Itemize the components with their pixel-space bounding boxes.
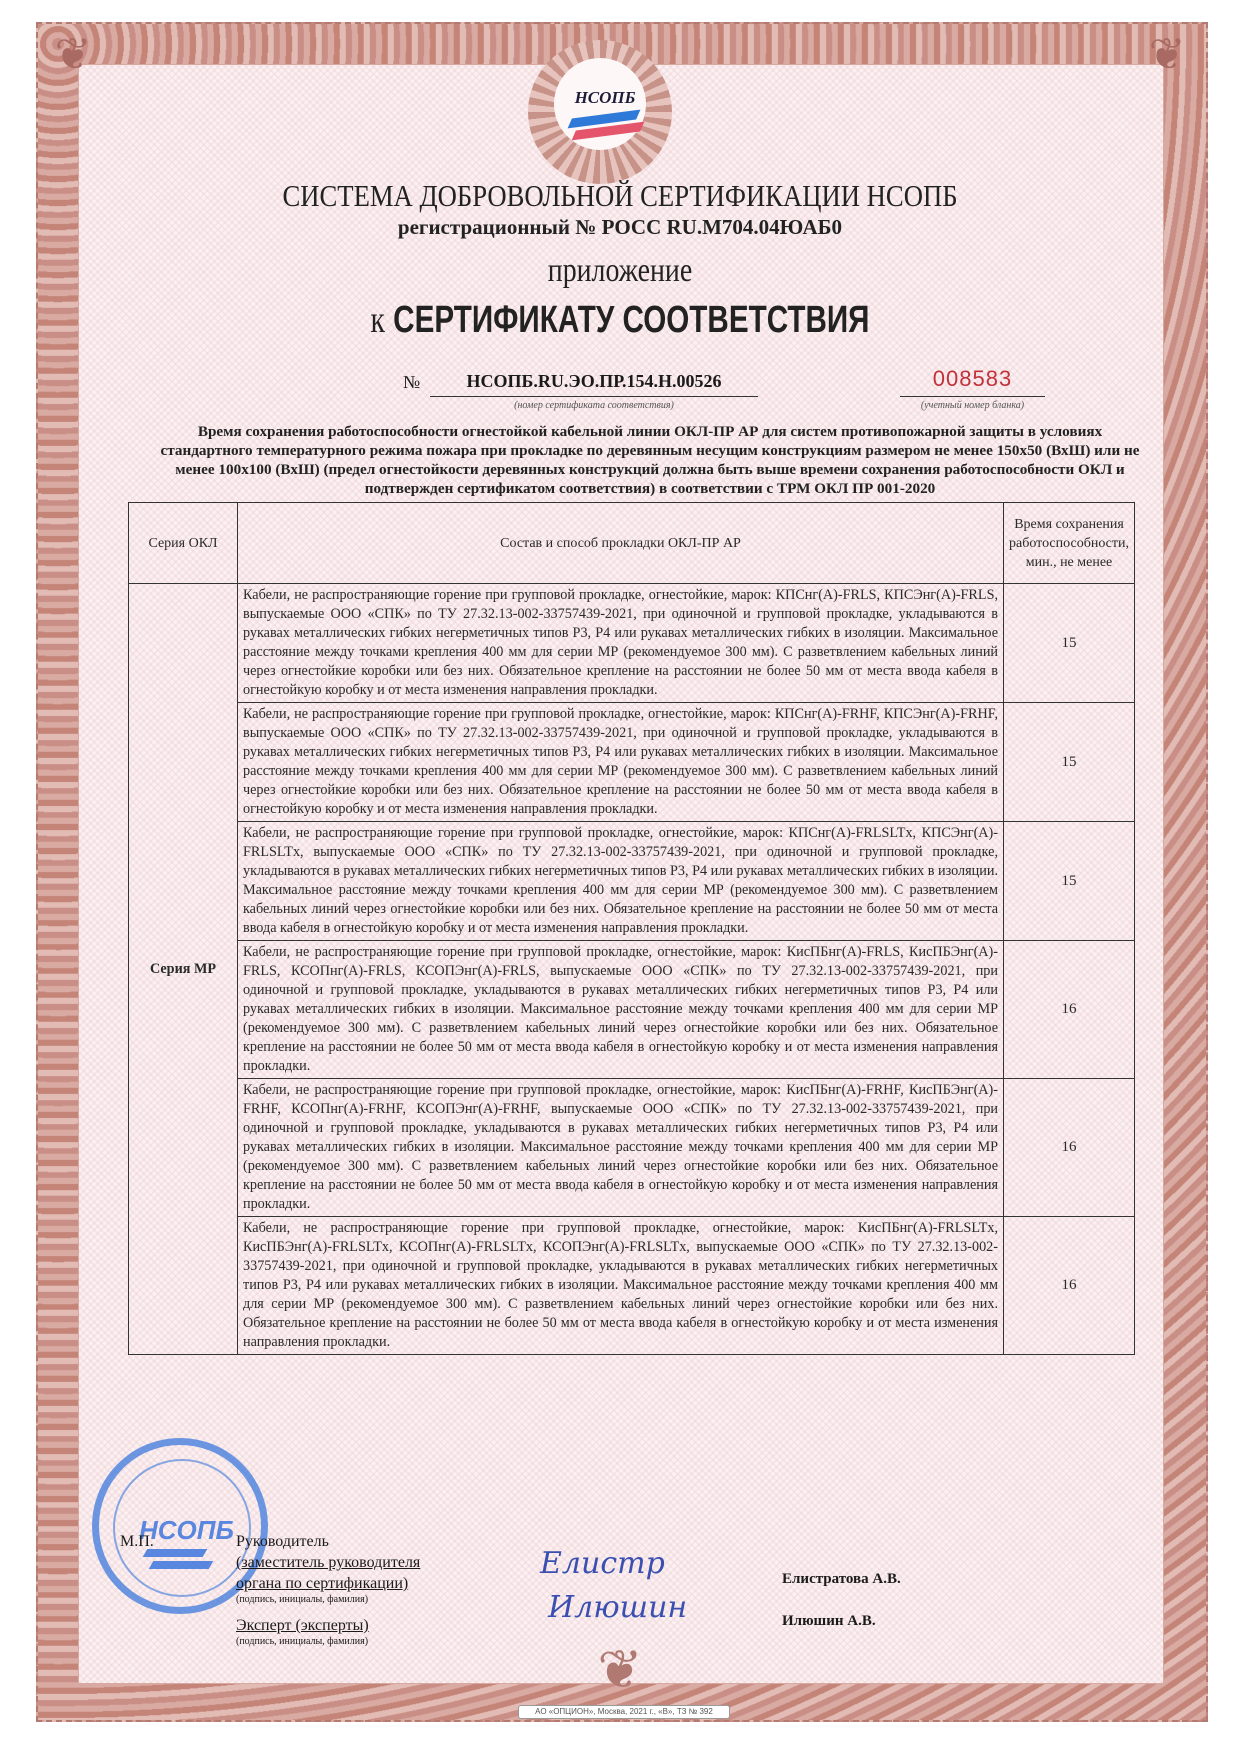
composition-cell: Кабели, не распространяющие горение при …: [238, 703, 1004, 822]
head-name: Елистратова А.В.: [782, 1571, 901, 1588]
corner-ornament-icon: ❦: [48, 30, 98, 80]
blank-number: 008583: [900, 366, 1045, 392]
time-cell: 16: [1004, 941, 1135, 1079]
expert-signature: Илюшин: [548, 1590, 687, 1625]
annex-title: приложение: [112, 252, 1129, 290]
certificate-table: Серия ОКЛ Состав и способ прокладки ОКЛ-…: [128, 502, 1135, 1355]
certificate-number: НСОПБ.RU.ЭО.ПР.154.Н.00526: [430, 371, 758, 392]
nsopb-emblem: НСОПБ: [510, 40, 690, 190]
table-row: Кабели, не распространяющие горение при …: [129, 703, 1135, 822]
composition-cell: Кабели, не распространяющие горение при …: [238, 941, 1004, 1079]
time-cell: 15: [1004, 584, 1135, 703]
certificate-title-main: СЕРТИФИКАТУ СООТВЕТСТВИЯ: [393, 299, 869, 341]
composition-cell: Кабели, не распространяющие горение при …: [238, 822, 1004, 941]
system-title: СИСТЕМА ДОБРОВОЛЬНОЙ СЕРТИФИКАЦИИ НСОПБ: [87, 178, 1153, 214]
header-time: Время сохранения работоспособности, мин.…: [1004, 503, 1135, 584]
table-row: Серия МРКабели, не распространяющие горе…: [129, 584, 1135, 703]
seal-label: М.П.: [120, 1533, 154, 1551]
head-signature: Елистр: [540, 1546, 665, 1581]
table-row: Кабели, не распространяющие горение при …: [129, 822, 1135, 941]
corner-ornament-icon: ❦: [1142, 30, 1192, 80]
certificate-title: к СЕРТИФИКАТУ СООТВЕТСТВИЯ: [136, 298, 1103, 342]
emblem-name: НСОПБ: [560, 88, 650, 108]
intro-paragraph: Время сохранения работоспособности огнес…: [150, 422, 1150, 498]
head-sign-caption: (подпись, инициалы, фамилия): [236, 1594, 420, 1606]
number-label: №: [403, 372, 420, 393]
blank-number-caption: (учетный номер бланка): [890, 400, 1055, 411]
bottom-ornament-icon: ❦: [520, 1640, 720, 1700]
certificate-title-prefix: к: [371, 299, 385, 341]
expert-sign-caption: (подпись, инициалы, фамилия): [236, 1636, 369, 1648]
series-cell: Серия МР: [129, 584, 238, 1355]
header-composition: Состав и способ прокладки ОКЛ-ПР АР: [238, 503, 1004, 584]
table-row: Кабели, не распространяющие горение при …: [129, 941, 1135, 1079]
table-row: Кабели, не распространяющие горение при …: [129, 1217, 1135, 1355]
time-cell: 16: [1004, 1079, 1135, 1217]
composition-cell: Кабели, не распространяющие горение при …: [238, 1079, 1004, 1217]
signature-block: М.П. Руководитель (заместитель руководит…: [0, 1520, 1240, 1660]
table-row: Кабели, не распространяющие горение при …: [129, 1079, 1135, 1217]
registration-number: регистрационный № РОСС RU.М704.04ЮАБ0: [0, 215, 1240, 240]
composition-cell: Кабели, не распространяющие горение при …: [238, 584, 1004, 703]
time-cell: 16: [1004, 1217, 1135, 1355]
time-cell: 15: [1004, 703, 1135, 822]
head-role: Руководитель (заместитель руководителя о…: [236, 1531, 420, 1606]
header-series: Серия ОКЛ: [129, 503, 238, 584]
table-header-row: Серия ОКЛ Состав и способ прокладки ОКЛ-…: [129, 503, 1135, 584]
certificate-number-row: № НСОПБ.RU.ЭО.ПР.154.Н.00526 (номер серт…: [0, 372, 1240, 422]
expert-name: Илюшин А.В.: [782, 1613, 876, 1630]
composition-cell: Кабели, не распространяющие горение при …: [238, 1217, 1004, 1355]
expert-role: Эксперт (эксперты) (подпись, инициалы, ф…: [236, 1616, 369, 1648]
certificate-number-caption: (номер сертификата соответствия): [430, 400, 758, 411]
printer-imprint: АО «ОПЦИОН», Москва, 2021 г., «В», ТЗ № …: [518, 1705, 730, 1719]
time-cell: 15: [1004, 822, 1135, 941]
